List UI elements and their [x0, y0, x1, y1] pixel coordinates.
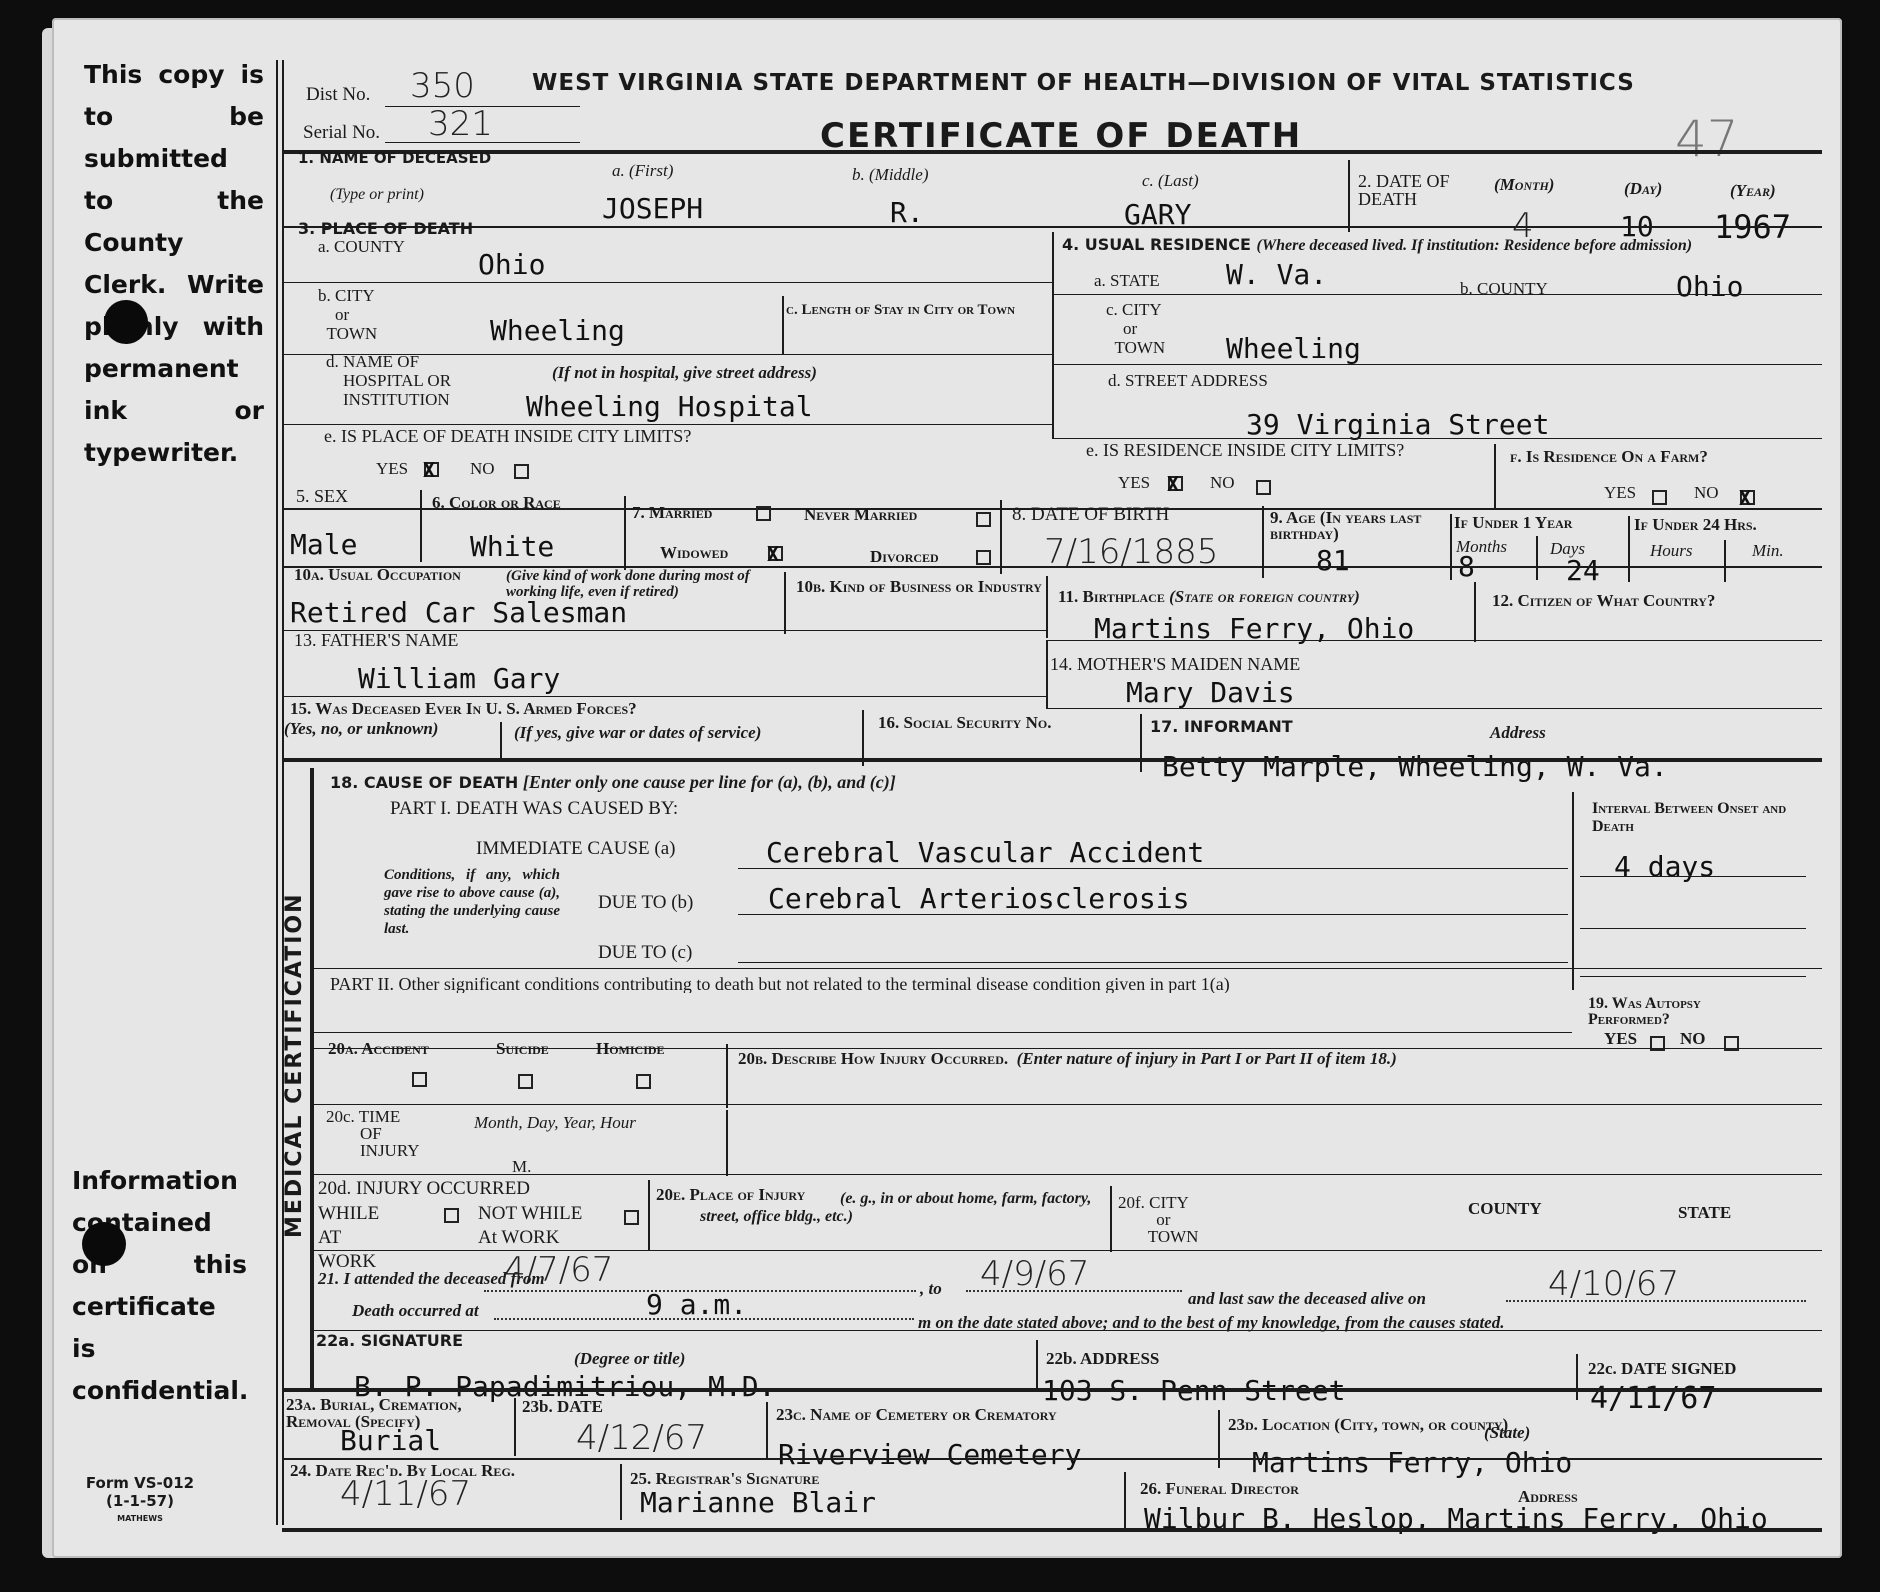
certification-statement: m on the date stated above; and to the b… [918, 1314, 1504, 1331]
under-1-year-label: If Under 1 Year [1454, 514, 1572, 531]
immediate-cause-value: Cerebral Vascular Accident [766, 838, 1204, 868]
cemetery-label: 23c. Name of Cemetery or Crematory [776, 1406, 1057, 1423]
cause-of-death-label: 18. CAUSE OF DEATH [Enter only one cause… [330, 774, 896, 791]
dist-label: Dist No. [306, 86, 370, 103]
residence-inside-limits-yes-checkbox[interactable] [1168, 476, 1183, 491]
no-label: NO [1210, 474, 1235, 491]
time-of-injury-label: 20c. TIME OF INJURY [326, 1108, 420, 1159]
race-value: White [470, 532, 554, 562]
rule [738, 868, 1568, 869]
ssn-label: 16. Social Security No. [878, 714, 1051, 731]
divider [1052, 232, 1054, 438]
underline [385, 142, 580, 143]
interval-value: 4 days [1614, 852, 1715, 882]
degree-label: (Degree or title) [574, 1350, 685, 1367]
rule [282, 696, 1046, 697]
date-received-value: 4/11/67 [340, 1474, 471, 1514]
immediate-cause-label: IMMEDIATE CAUSE (a) [476, 840, 675, 857]
death-inside-limits-no-checkbox[interactable] [514, 464, 529, 479]
death-city-value: Wheeling [490, 316, 625, 346]
divider [726, 1110, 728, 1176]
father-label: 13. FATHER'S NAME [294, 632, 458, 649]
homicide-label: Homicide [596, 1040, 665, 1057]
rule [314, 1104, 1822, 1105]
birth-date-label: 8. DATE OF BIRTH [1012, 506, 1169, 523]
informant-value: Betty Marple, Wheeling, W. Va. [1162, 752, 1668, 782]
conditions-note: Conditions, if any, which gave rise to a… [384, 866, 560, 938]
farm-label: f. Is Residence On a Farm? [1510, 448, 1708, 465]
hospital-hint: (If not in hospital, give street address… [552, 364, 817, 381]
first-name-label: a. (First) [612, 162, 673, 179]
service-dates-hint: (If yes, give war or dates of service) [514, 724, 761, 741]
divider [1450, 514, 1452, 580]
divider [1576, 1354, 1578, 1400]
race-label: 6. Color or Race [432, 494, 561, 511]
divorced-checkbox[interactable] [976, 550, 991, 565]
first-name-value: JOSEPH [602, 194, 703, 224]
street-address-value: 39 Virginia Street [1246, 410, 1549, 440]
age-value: 81 [1316, 546, 1350, 576]
funeral-director-label: 26. Funeral Director [1140, 1480, 1299, 1497]
rule [1580, 976, 1806, 977]
state-label: a. STATE [1094, 272, 1160, 289]
page-mark: 47 [1675, 110, 1739, 168]
confidentiality-note: Information contained on this certificat… [72, 1160, 247, 1412]
days-value: 24 [1566, 556, 1600, 586]
residence-inside-limits-no-checkbox[interactable] [1256, 480, 1271, 495]
burial-date-label: 23b. DATE [522, 1398, 603, 1415]
punch-hole [104, 300, 148, 344]
agency-title: WEST VIRGINIA STATE DEPARTMENT OF HEALTH… [532, 70, 1635, 96]
divider [1036, 1340, 1038, 1392]
divider [1046, 640, 1048, 708]
frame-border [282, 60, 284, 1525]
citizen-label: 12. Citizen of What Country? [1492, 592, 1715, 609]
rule [738, 914, 1568, 915]
frame-border [276, 60, 278, 1525]
divider [648, 1180, 650, 1250]
divider [1572, 792, 1574, 990]
occupation-value: Retired Car Salesman [290, 598, 627, 628]
middle-name-label: b. (Middle) [852, 166, 928, 183]
rule [282, 1388, 1822, 1392]
registrar-signature-value: Marianne Blair [640, 1488, 876, 1518]
cemetery-value: Riverview Cemetery [778, 1440, 1081, 1470]
burial-date-value: 4/12/67 [576, 1418, 707, 1458]
cemetery-location-value: Martins Ferry, Ohio [1252, 1448, 1572, 1478]
attended-to-value: 4/9/67 [980, 1254, 1089, 1294]
divider [624, 496, 626, 570]
birthplace-label: 11. Birthplace (State or foreign country… [1058, 588, 1360, 605]
residence-city-label: c. CITY or TOWN [1106, 300, 1165, 357]
rule [314, 1330, 1822, 1331]
rule [282, 758, 1822, 762]
rule [282, 282, 1052, 283]
homicide-checkbox[interactable] [636, 1074, 651, 1089]
place-of-injury-hint: (e. g., in or about home, farm, factory,… [700, 1190, 1110, 1226]
rule [282, 1528, 1822, 1532]
registrar-signature-label: 25. Registrar's Signature [630, 1470, 819, 1487]
residence-label: 4. USUAL RESIDENCE (Where deceased lived… [1062, 236, 1692, 254]
not-while-at-work-label: NOT WHILE At WORK [478, 1202, 588, 1250]
date-signed-label: 22c. DATE SIGNED [1588, 1360, 1736, 1377]
occupation-label: 10a. Usual Occupation [294, 566, 461, 583]
rule [282, 424, 1052, 425]
divider [782, 296, 784, 354]
cemetery-location-label: 23d. Location (City, town, or county) [1228, 1416, 1508, 1433]
disposition-value: Burial [340, 1426, 441, 1456]
residence-county-value: Ohio [1676, 272, 1743, 302]
last-seen-value: 4/10/67 [1548, 1264, 1679, 1304]
armed-forces-hint: (Yes, no, or unknown) [284, 720, 438, 737]
divider [1124, 1472, 1126, 1530]
death-county-value: Ohio [478, 250, 545, 280]
rule [282, 1458, 1822, 1460]
yes-label: YES [1604, 484, 1636, 501]
no-label: NO [470, 460, 495, 477]
suicide-checkbox[interactable] [518, 1074, 533, 1089]
signature-label: 22a. SIGNATURE [316, 1332, 463, 1349]
length-of-stay-label: c. Length of Stay in City or Town [786, 302, 1016, 318]
due-to-b-value: Cerebral Arteriosclerosis [768, 884, 1189, 914]
informant-address-label: Address [1490, 724, 1546, 741]
divider [620, 1464, 622, 1520]
form-code: Form VS-012 (1-1-57) MATHEWS [80, 1474, 200, 1528]
informant-label: 17. INFORMANT [1150, 718, 1293, 735]
suicide-label: Suicide [496, 1040, 549, 1057]
no-label: NO [1694, 484, 1719, 501]
hospital-value: Wheeling Hospital [526, 392, 813, 422]
county-label: a. COUNTY [318, 238, 405, 255]
last-seen-label: and last saw the deceased alive on [1188, 1290, 1426, 1307]
due-to-b-label: DUE TO (b) [598, 894, 693, 911]
yes-label: YES [1118, 474, 1150, 491]
never-married-checkbox[interactable] [976, 512, 991, 527]
submission-instructions: This copy is to be submitted to the Coun… [84, 54, 264, 474]
never-married-label: Never Married [804, 506, 917, 523]
divider [1724, 540, 1726, 582]
due-to-c-label: DUE TO (c) [598, 944, 692, 961]
serial-number: 321 [428, 104, 493, 144]
armed-forces-label: 15. Was Deceased Ever In U. S. Armed For… [290, 700, 637, 717]
accident-checkbox[interactable] [412, 1072, 427, 1087]
divider [1628, 516, 1630, 582]
divorced-label: Divorced [870, 548, 939, 565]
age-label: 9. Age (In years last birthday) [1270, 510, 1440, 542]
not-while-at-work-checkbox[interactable] [624, 1210, 639, 1225]
attended-from-value: 4/7/67 [504, 1250, 613, 1290]
divider [1110, 1186, 1112, 1252]
medical-certification-label: MEDICAL CERTIFICATION [282, 892, 307, 1238]
hours-label: Hours [1650, 542, 1693, 559]
name-label: 1. NAME OF DECEASED [298, 150, 491, 166]
death-city-label: b. CITY or TOWN [318, 286, 377, 343]
rule [1052, 438, 1822, 439]
divider [766, 1402, 768, 1458]
autopsy-label: 19. Was Autopsy Performed? [1588, 996, 1758, 1028]
year-label: (Year) [1730, 182, 1776, 199]
widowed-label: Widowed [660, 544, 728, 561]
rule [314, 1032, 1572, 1033]
attended-to-label: , to [920, 1280, 942, 1297]
middle-name-value: R. [890, 198, 924, 228]
divider [1000, 500, 1002, 574]
death-inside-limits-yes-checkbox[interactable] [424, 462, 439, 477]
name-hint: (Type or print) [330, 186, 424, 203]
date-of-death-label: 2. DATE OF DEATH [1358, 172, 1488, 208]
rule [282, 226, 1822, 228]
injury-city-label: 20f. CITY or TOWN [1118, 1194, 1198, 1245]
rule [1052, 364, 1822, 365]
cemetery-state-label: (State) [1484, 1424, 1530, 1441]
residence-city-value: Wheeling [1226, 334, 1361, 364]
residence-inside-limits-label: e. IS RESIDENCE INSIDE CITY LIMITS? [1086, 442, 1404, 459]
farm-yes-checkbox[interactable] [1652, 490, 1667, 505]
married-label: 7. Married [632, 504, 712, 521]
rule [314, 1174, 1822, 1175]
part-one-label: PART I. DEATH WAS CAUSED BY: [390, 800, 678, 817]
divider [420, 490, 422, 562]
dist-number: 350 [410, 66, 475, 106]
injury-at-work-label: 20d. INJURY OCCURRED [318, 1180, 530, 1197]
injury-county-label: COUNTY [1468, 1200, 1542, 1217]
business-label: 10b. Kind of Business or Industry [796, 578, 1046, 595]
month-label: (Month) [1494, 176, 1554, 193]
physician-address-label: 22b. ADDRESS [1046, 1350, 1159, 1367]
rule [1580, 928, 1806, 929]
no-label: NO [1680, 1030, 1706, 1047]
rule [738, 962, 1568, 963]
injury-state-label: STATE [1678, 1204, 1731, 1221]
serial-label: Serial No. [303, 124, 380, 141]
divider [1046, 576, 1048, 638]
rule [1046, 708, 1822, 709]
death-time-value: 9 a.m. [646, 1290, 747, 1320]
street-address-label: d. STREET ADDRESS [1108, 372, 1268, 389]
punch-hole [82, 1222, 126, 1266]
rule [1046, 640, 1822, 641]
divider [1494, 444, 1496, 508]
divider [726, 1044, 728, 1108]
divider [1474, 582, 1476, 642]
interval-label: Interval Between Onset and Death [1592, 800, 1792, 836]
place-of-death-label: 3. PLACE OF DEATH [298, 220, 473, 237]
inside-city-limits-label: e. IS PLACE OF DEATH INSIDE CITY LIMITS? [324, 428, 691, 445]
hospital-label: d. NAME OF HOSPITAL OR INSTITUTION [326, 352, 451, 409]
rule [1580, 876, 1806, 877]
divider [1536, 536, 1538, 580]
rule [1052, 294, 1822, 295]
mother-value: Mary Davis [1126, 678, 1295, 708]
rule [314, 968, 1822, 969]
minutes-label: Min. [1752, 542, 1784, 559]
manner-label: 20a. Accident [328, 1040, 429, 1057]
last-name-label: c. (Last) [1142, 172, 1199, 189]
death-occurred-label: Death occurred at [352, 1302, 479, 1319]
while-at-work-checkbox[interactable] [444, 1208, 459, 1223]
sex-label: 5. SEX [296, 488, 348, 505]
widowed-checkbox[interactable] [768, 546, 783, 561]
time-of-injury-hint: Month, Day, Year, Hour [474, 1114, 636, 1131]
mother-label: 14. MOTHER'S MAIDEN NAME [1050, 656, 1300, 673]
divider [1348, 160, 1350, 232]
part-two-label: PART II. Other significant conditions co… [330, 976, 1570, 993]
divider [500, 722, 502, 760]
yes-label: YES [1604, 1030, 1637, 1047]
medical-border [310, 768, 314, 1388]
injury-how-label: 20b. Describe How Injury Occurred. (Ente… [738, 1050, 1397, 1067]
divider [1140, 714, 1142, 772]
day-label: (Day) [1624, 180, 1662, 197]
father-value: William Gary [358, 664, 560, 694]
rule [282, 150, 1822, 154]
under-24-hours-label: If Under 24 Hrs. [1634, 516, 1757, 533]
while-at-work-label: WHILE AT WORK [318, 1202, 398, 1274]
sex-value: Male [290, 530, 357, 560]
m-label: M. [512, 1158, 531, 1175]
divider [514, 1398, 516, 1456]
divider [784, 572, 786, 634]
married-checkbox[interactable] [756, 506, 771, 521]
residence-state-value: W. Va. [1226, 260, 1327, 290]
farm-no-checkbox[interactable] [1740, 490, 1755, 505]
yes-label: YES [376, 460, 408, 477]
